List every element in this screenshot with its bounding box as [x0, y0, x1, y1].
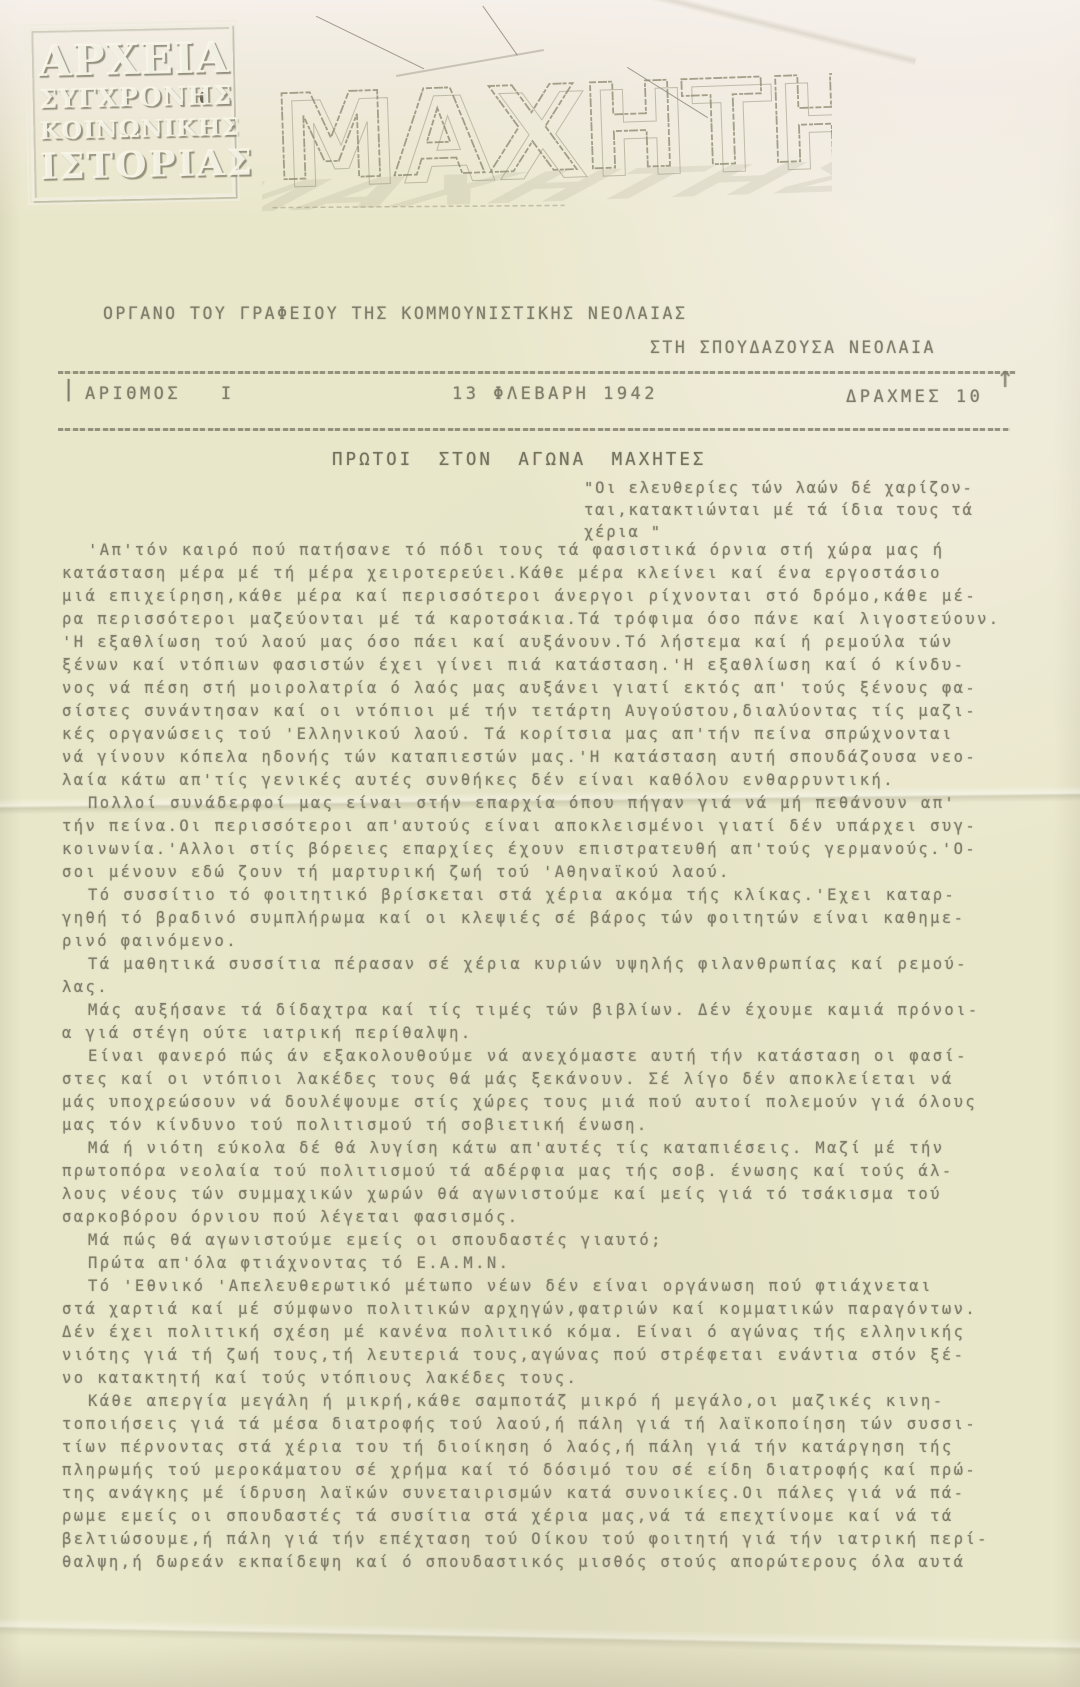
text-line: Πολλοί συνάδερφοί μας είναι στήν επαρχία… — [62, 792, 1022, 815]
paragraph: Τά μαθητικά συσσίτια πέρασαν σέ χέρια κυ… — [62, 953, 1022, 999]
text-line: κοινωνία.'Αλλοι στίς βόρειες επαρχίες έχ… — [62, 838, 1022, 861]
text-line: σαρκοβόρου όρνιου πού λέγεται φασισμός. — [62, 1206, 1022, 1229]
text-line: τοποιήσεις γιά τά μέσα διατροφής τού λαο… — [62, 1413, 1022, 1436]
paragraph: Είναι φανερό πώς άν εξακολουθούμε νά ανε… — [62, 1045, 1022, 1137]
text-line: τίων πέρνοντας στά χέρια του τή διοίκηση… — [62, 1436, 1022, 1459]
text-line: Μάς αυξήσανε τά δίδαχτρα καί τίς τιμές τ… — [62, 999, 1022, 1022]
paragraph: Τό 'Εθνικό 'Απελευθερωτικό μέτωπο νέων δ… — [62, 1275, 1022, 1390]
text-line: λας. — [62, 976, 1022, 999]
text-line: νά γίνουν κόπελα ηδονής τών καταπιεστών … — [62, 746, 1022, 769]
text-line: νιότης γιά τή ζωή τους,τή λευτεριά τους,… — [62, 1344, 1022, 1367]
subtitle-line-2: ΣΤΗ ΣΠΟΥΔΑΖΟΥΣΑ ΝΕΟΛΑΙΑ — [650, 338, 936, 357]
text-line: σοι μένουν εδώ ζουν τή μαρτυρική ζωή τού… — [62, 861, 1022, 884]
text-line: Πρώτα απ'όλα φτιάχνοντας τό Ε.Α.Μ.Ν. — [62, 1252, 1022, 1275]
article-epigraph: "Οι ελευθερίες τών λαών δέ χαρίζον-ται,κ… — [584, 477, 974, 543]
paragraph: Κάθε απεργία μεγάλη ή μικρή,κάθε σαμποτά… — [62, 1390, 1022, 1574]
ink-scratch — [482, 6, 517, 56]
text-line: Δέν έχει πολιτική σχέση μέ κανένα πολιτι… — [62, 1321, 1022, 1344]
text-line: ται,κατακτιώνται μέ τά ίδια τους τά — [584, 499, 974, 521]
subtitle-line-1: ΟΡΓΑΝΟ ΤΟΥ ΓΡΑΦΕΙΟΥ ΤΗΣ ΚΟΜΜΟΥΝΙΣΤΙΚΗΣ Ν… — [103, 304, 687, 323]
text-line: "Οι ελευθερίες τών λαών δέ χαρίζον- — [584, 477, 974, 499]
text-line: μιά επιχείρηση,κάθε μέρα καί περισσότερο… — [62, 585, 1022, 608]
masthead-logo-text: ΜΑΧΗΤΗΣ — [270, 46, 832, 208]
text-line: ρωμε εμείς οι σπουδαστές τά συσίτια στά … — [62, 1505, 1022, 1528]
paragraph: Πρώτα απ'όλα φτιάχνοντας τό Ε.Α.Μ.Ν. — [62, 1252, 1022, 1275]
text-line: στά χαρτιά καί μέ σύμφωνο πολιτικών αρχη… — [62, 1298, 1022, 1321]
text-line: λαία κάτω απ'τίς γενικές αυτές συνθήκες … — [62, 769, 1022, 792]
paragraph: 'Απ'τόν καιρό πού πατήσανε τό πόδι τους … — [62, 539, 1022, 792]
ink-scratch — [316, 16, 424, 70]
stamp-line: ΑΡΧΕΙΑ — [37, 35, 224, 85]
article-body: 'Απ'τόν καιρό πού πατήσανε τό πόδι τους … — [62, 539, 1022, 1574]
stamp-line: ΙΣΤΟΡΙΑΣ — [40, 142, 227, 188]
text-line: Τό συσσίτιο τό φοιτητικό βρίσκεται στά χ… — [62, 884, 1022, 907]
text-line: τήν πείνα.Οι περισσότεροι απ'αυτούς είνα… — [62, 815, 1022, 838]
text-line: 'Απ'τόν καιρό πού πατήσανε τό πόδι τους … — [62, 539, 1022, 562]
document-page: ΑΡΧΕΙΑ ΣΥΓΧΡΟΝΗΣ ΚΟΙΝΩΝΙΚΗΣ ΙΣΤΟΡΙΑΣ ΜΑΧ… — [0, 0, 1080, 1687]
ink-scratch — [627, 67, 708, 118]
text-line: Μά ή νιότη εύκολα δέ θά λυγίση κάτω απ'α… — [62, 1137, 1022, 1160]
masthead-baseline — [273, 197, 565, 215]
text-line: Είναι φανερό πώς άν εξακολουθούμε νά ανε… — [62, 1045, 1022, 1068]
text-line: Κάθε απεργία μεγάλη ή μικρή,κάθε σαμποτά… — [62, 1390, 1022, 1413]
paragraph: Τό συσσίτιο τό φοιτητικό βρίσκεται στά χ… — [62, 884, 1022, 953]
issue-number: ΑΡΙΘΜΟΣ Ι — [85, 384, 235, 404]
text-line: Τά μαθητικά συσσίτια πέρασαν σέ χέρια κυ… — [62, 953, 1022, 976]
text-line: μάς υποχρεώσουν νά δουλέψουμε στίς χώρες… — [62, 1091, 1022, 1114]
issue-price: ΔΡΑΧΜΕΣ 10 — [846, 387, 983, 407]
text-line: μας τόν κίνδυνο τού πολιτισμού τή σοβιετ… — [62, 1114, 1022, 1137]
text-line: α γιά στέγη ούτε ιατρική περίθαλψη. — [62, 1022, 1022, 1045]
paragraph: Μά ή νιότη εύκολα δέ θά λυγίση κάτω απ'α… — [62, 1137, 1022, 1229]
text-line: λους νέους τών συμμαχικών χωρών θά αγωνι… — [62, 1183, 1022, 1206]
paragraph: Μάς αυξήσανε τά δίδαχτρα καί τίς τιμές τ… — [62, 999, 1022, 1045]
text-line: πληρωμής τού μεροκάματου σέ χρήμα καί τό… — [62, 1459, 1022, 1482]
issue-bar-top-rule — [58, 371, 1016, 374]
text-line: Μά πώς θά αγωνιστούμε εμείς οι σπουδαστέ… — [62, 1229, 1022, 1252]
masthead-logo-depth: ΜΑΧΗΤΗΣ — [280, 54, 832, 216]
text-line: βελτιώσουμε,ή πάλη γιά τήν επέχταση τού … — [62, 1528, 1022, 1551]
ink-scratch — [396, 49, 544, 77]
paragraph: Μά πώς θά αγωνιστούμε εμείς οι σπουδαστέ… — [62, 1229, 1022, 1252]
text-line: ρινό φαινόμενο. — [62, 930, 1022, 953]
paper-crease — [623, 0, 917, 66]
text-line: 'Η εξαθλίωση τού λαού μας όσο πάει καί α… — [62, 631, 1022, 654]
paper-fold-crease — [0, 1617, 1080, 1656]
article-headline: ΠΡΩΤΟΙ ΣΤΟΝ ΑΓΩΝΑ ΜΑΧΗΤΕΣ — [332, 450, 706, 470]
issue-date: 13 ΦΛΕΒΑΡΗ 1942 — [452, 384, 658, 404]
text-line: πρωτοπόρα νεολαία τού πολιτισμού τά αδέρ… — [62, 1160, 1022, 1183]
stamp-line: ΣΥΓΧΡΟΝΗΣ — [38, 81, 225, 116]
archive-watermark-stamp: ΑΡΧΕΙΑ ΣΥΓΧΡΟΝΗΣ ΚΟΙΝΩΝΙΚΗΣ ΙΣΤΟΡΙΑΣ — [28, 24, 236, 201]
text-line: κές οργανώσεις τού 'Ελληνικού λαού. Τά κ… — [62, 723, 1022, 746]
issue-bar-bottom-rule — [58, 428, 1010, 431]
text-line: γηθή τό βραδινό συμπλήρωμα καί οι κλεψιέ… — [62, 907, 1022, 930]
text-line: νο κατακτητή καί τούς ντόπιους λακέδες τ… — [62, 1367, 1022, 1390]
masthead-logo: ΜΑΧΗΤΗΣ ΜΑΧΗΤΗΣ ΜΑΧΗΤΗΣ — [262, 20, 832, 220]
text-line: σίστες συνάντησαν καί οι ντόπιοι μέ τήν … — [62, 700, 1022, 723]
text-line: κατάσταση μέρα μέ τή μέρα χειροτερεύει.Κ… — [62, 562, 1022, 585]
text-line: της ανάγκης μέ ίδρυση λαϊκών συνεταιρισμ… — [62, 1482, 1022, 1505]
paragraph: Πολλοί συνάδερφοί μας είναι στήν επαρχία… — [62, 792, 1022, 884]
issue-bar-right-mark: ↑ — [996, 360, 1014, 395]
text-line: νος νά πέση στή μοιρολατρία ό λαός μας α… — [62, 677, 1022, 700]
text-line: Τό 'Εθνικό 'Απελευθερωτικό μέτωπο νέων δ… — [62, 1275, 1022, 1298]
text-line: στες καί οι ντόπιοι λακέδες τους θά μάς … — [62, 1068, 1022, 1091]
text-line: ξένων καί ντόπιων φασιστών έχει γίνει πι… — [62, 654, 1022, 677]
issue-bar-left-tick: | — [62, 377, 75, 402]
stamp-line: ΚΟΙΝΩΝΙΚΗΣ — [39, 112, 226, 146]
masthead-logo-ground-shadow: ΜΑΧΗΤΗΣ — [262, 150, 832, 220]
text-line: ρα περισσότεροι μαζεύονται μέ τά καροτσά… — [62, 608, 1022, 631]
text-line: θαλψη,ή δωρεάν εκπαίδεψη καί ό σπουδαστι… — [62, 1551, 1022, 1574]
